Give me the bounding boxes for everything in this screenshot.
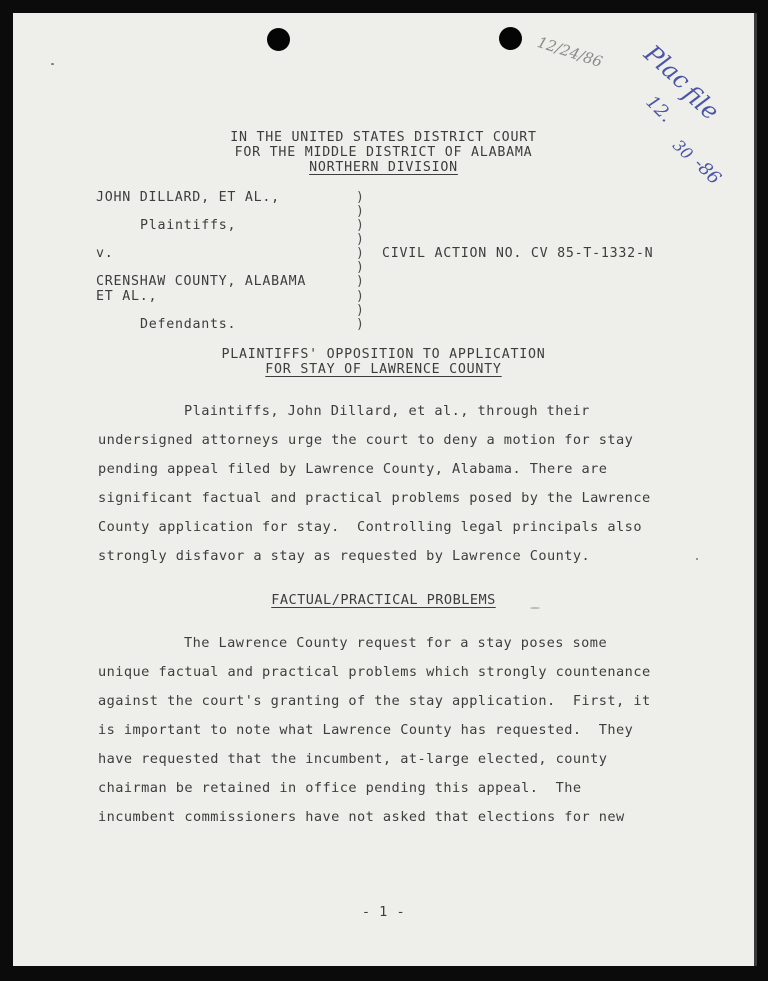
date-stamp-annotation: 12/24/86 <box>535 35 604 70</box>
document-title-line1: PLAINTIFFS' OPPOSITION TO APPLICATION <box>13 348 754 361</box>
civil-action-number: CIVIL ACTION NO. CV 85-T-1332-N <box>382 247 653 260</box>
section-paragraph-line: incumbent commissioners have not asked t… <box>98 811 625 825</box>
court-name-line1: IN THE UNITED STATES DISTRICT COURT <box>13 131 754 144</box>
document-page: 12/24/86 Plac file 12. 30 -86 IN THE UNI… <box>13 13 754 966</box>
intro-paragraph-line: significant factual and practical proble… <box>98 492 651 506</box>
punch-hole-left <box>267 28 290 51</box>
caption-paren: ) <box>356 205 364 218</box>
section-paragraph-line: The Lawrence County request for a stay p… <box>184 637 607 651</box>
defendant-name-line1: CRENSHAW COUNTY, ALABAMA <box>96 275 306 288</box>
intro-paragraph-line: pending appeal filed by Lawrence County,… <box>98 463 607 477</box>
caption-paren: ) <box>356 247 364 260</box>
caption-paren: ) <box>356 304 364 317</box>
defendant-role: Defendants. <box>140 318 236 331</box>
intro-paragraph-line: undersigned attorneys urge the court to … <box>98 434 633 448</box>
intro-paragraph-line: strongly disfavor a stay as requested by… <box>98 550 590 564</box>
section-paragraph-line: chairman be retained in office pending t… <box>98 782 582 796</box>
caption-paren: ) <box>356 233 364 246</box>
caption-paren: ) <box>356 275 364 288</box>
court-division: NORTHERN DIVISION <box>13 161 754 174</box>
speck <box>51 63 54 65</box>
section-paragraph-line: have requested that the incumbent, at-la… <box>98 753 607 767</box>
court-name-line2: FOR THE MIDDLE DISTRICT OF ALABAMA <box>13 146 754 159</box>
punch-hole-right <box>499 27 522 50</box>
scan-edge <box>754 13 757 966</box>
handwritten-note-line2: file <box>679 81 723 124</box>
caption-paren: ) <box>356 261 364 274</box>
plaintiff-role: Plaintiffs, <box>140 219 236 232</box>
caption-paren: ) <box>356 318 364 331</box>
handwritten-note-line1: Plac <box>640 41 694 93</box>
caption-paren: ) <box>356 290 364 303</box>
intro-paragraph-line: Plaintiffs, John Dillard, et al., throug… <box>184 405 590 419</box>
page-number: - 1 - <box>13 906 754 920</box>
handwritten-date-a: 12. <box>642 93 675 126</box>
section-paragraph-line: against the court's granting of the stay… <box>98 695 651 709</box>
caption-paren: ) <box>356 191 364 204</box>
speck <box>696 558 698 560</box>
caption-paren: ) <box>356 219 364 232</box>
defendant-name-line2: ET AL., <box>96 290 157 303</box>
section-paragraph-line: unique factual and practical problems wh… <box>98 666 651 680</box>
section-paragraph-line: is important to note what Lawrence Count… <box>98 724 633 738</box>
section-heading: FACTUAL/PRACTICAL PROBLEMS <box>13 594 754 608</box>
intro-paragraph-line: County application for stay. Controlling… <box>98 521 642 535</box>
document-title-line2: FOR STAY OF LAWRENCE COUNTY <box>13 363 754 376</box>
versus: v. <box>96 247 114 260</box>
plaintiff-name: JOHN DILLARD, ET AL., <box>96 191 280 204</box>
